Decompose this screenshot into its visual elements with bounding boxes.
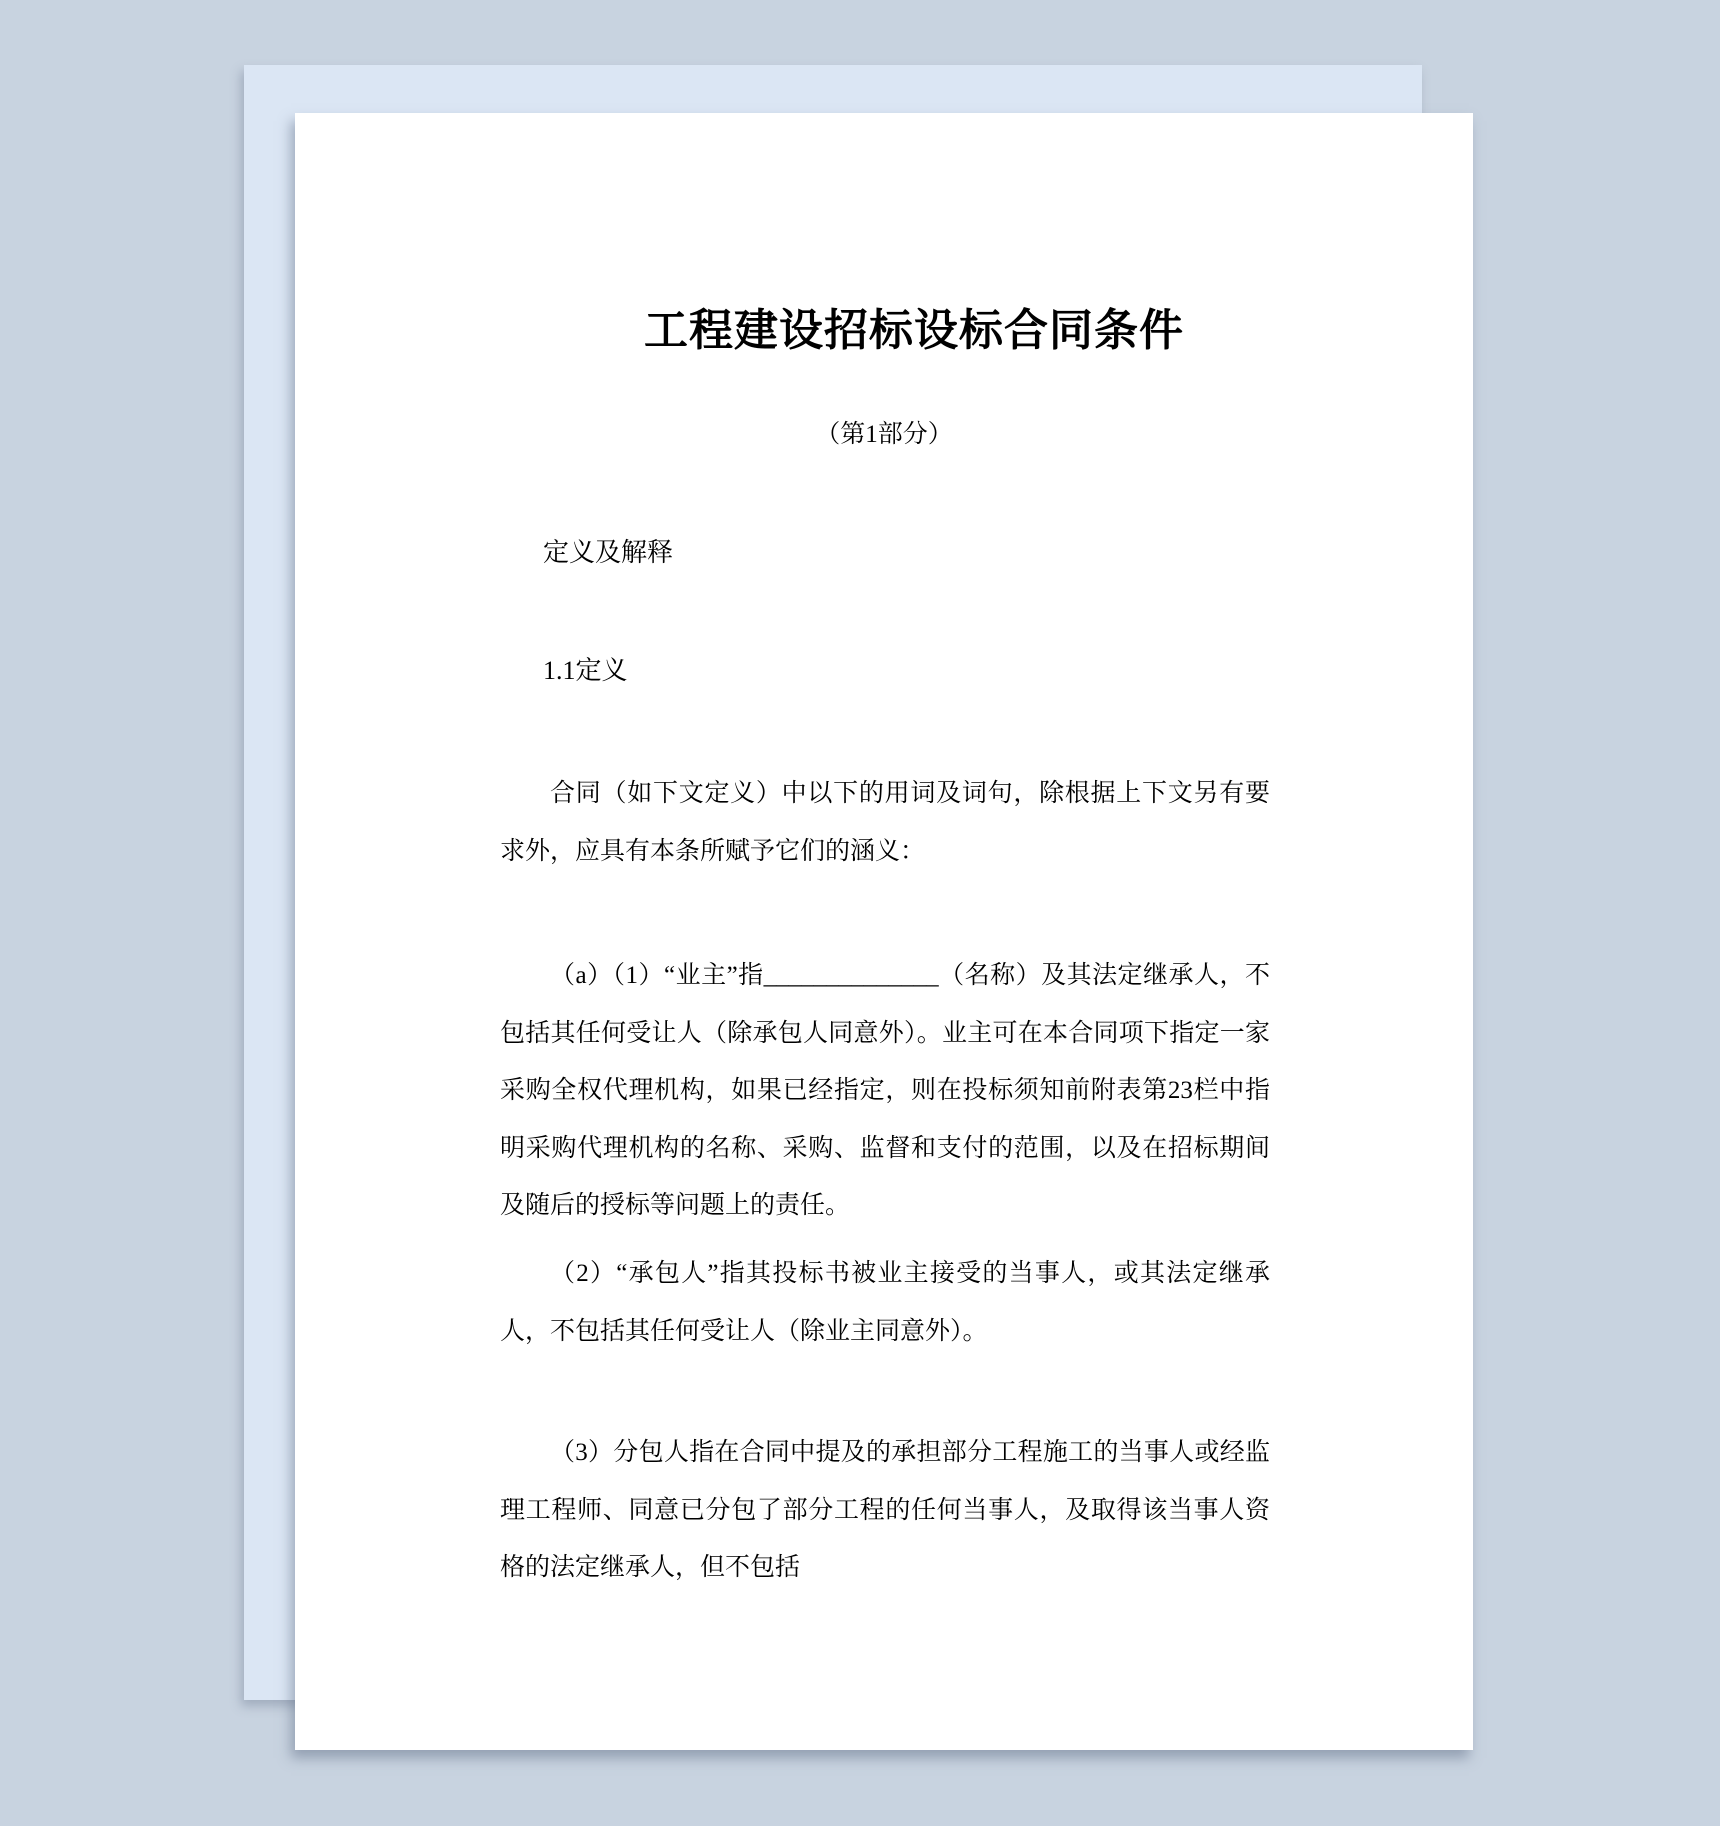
document-page: 工程建设招标设标合同条件 （第1部分） 定义及解释 1.1定义 合同（如下文定义… (295, 113, 1473, 1750)
paragraph-a-owner: （a）（1）“业主”指______________（名称）及其法定继承人，不包括… (500, 947, 1270, 1235)
subsection-heading-1-1: 1.1定义 (500, 653, 1270, 689)
paragraph-2-contractor: （2）“承包人”指其投标书被业主接受的当事人，或其法定继承人，不包括其任何受让人… (500, 1245, 1270, 1360)
paragraph-3-subcontractor: （3）分包人指在合同中提及的承担部分工程施工的当事人或经监理工程师、同意已分包了… (500, 1424, 1270, 1597)
document-subtitle: （第1部分） (295, 418, 1473, 452)
section-heading-definitions: 定义及解释 (500, 535, 1270, 571)
paragraph-intro: 合同（如下文定义）中以下的用词及词句，除根据上下文另有要求外，应具有本条所赋予它… (500, 765, 1270, 880)
document-title: 工程建设招标设标合同条件 (295, 303, 1473, 359)
desktop-background: 工程建设招标设标合同条件 （第1部分） 定义及解释 1.1定义 合同（如下文定义… (0, 0, 1720, 1826)
